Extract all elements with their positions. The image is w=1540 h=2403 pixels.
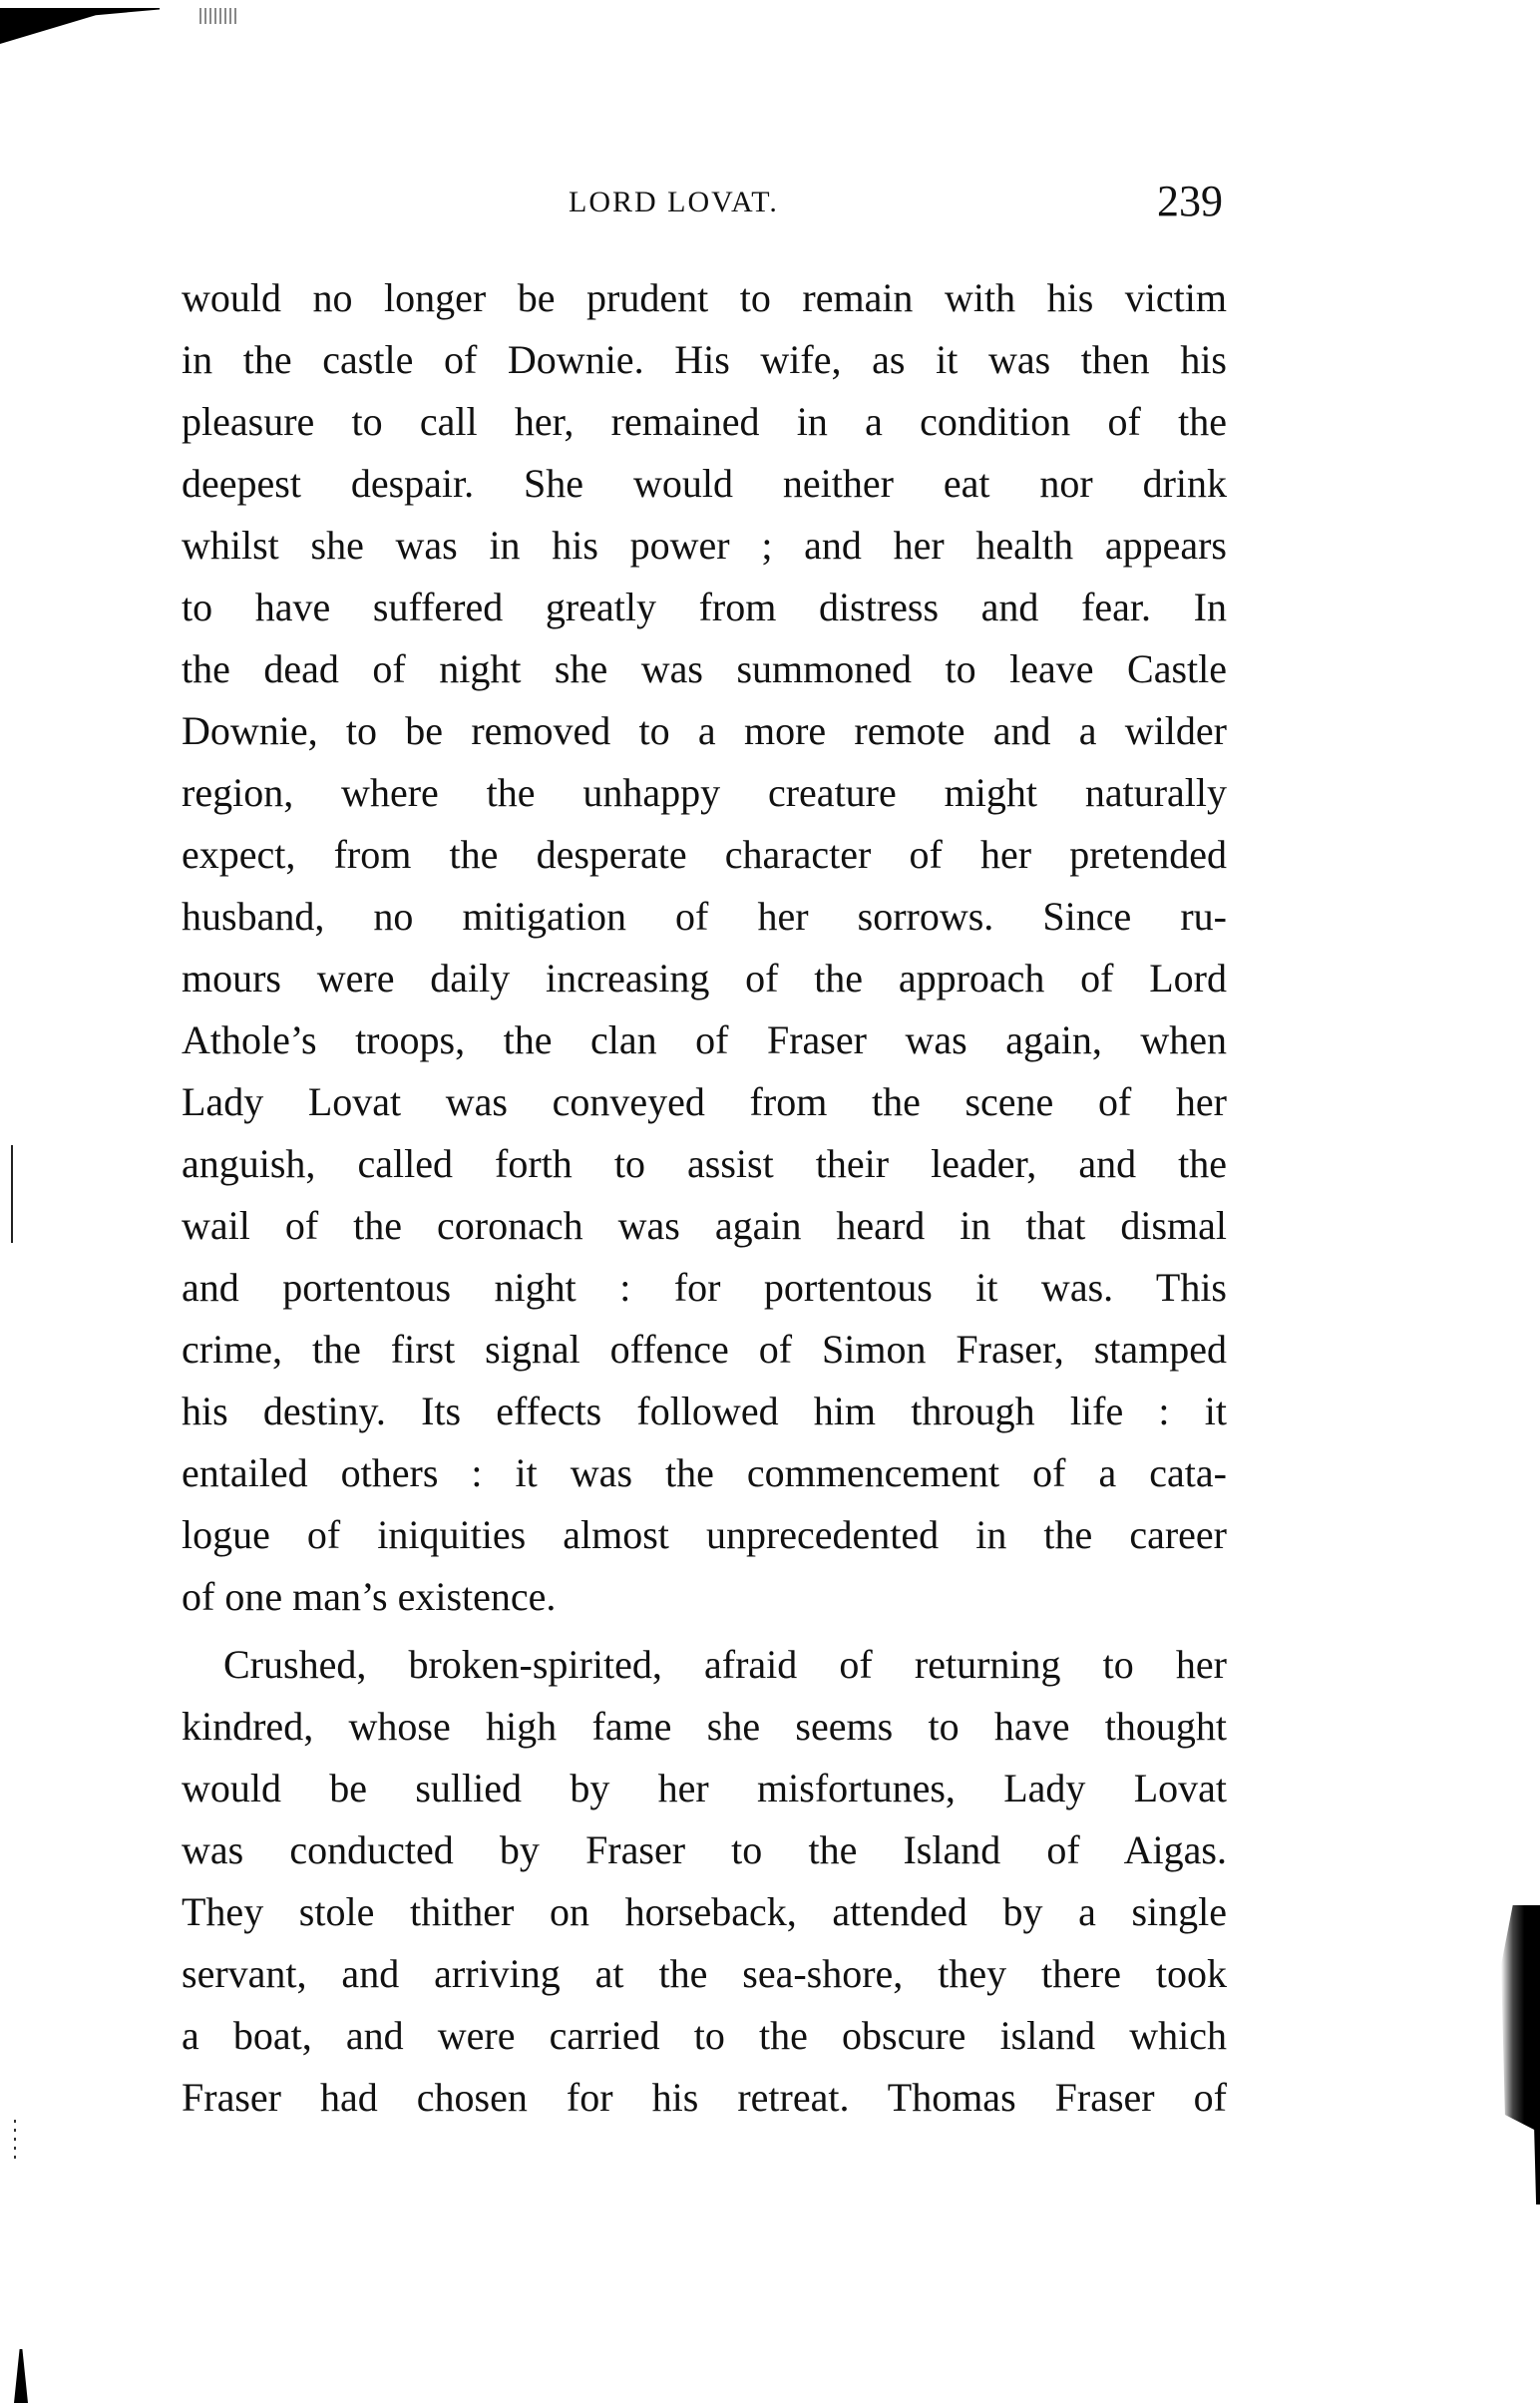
scan-margin-dots	[14, 2120, 16, 2160]
scan-corner-shadow	[0, 8, 160, 44]
text-line: crime, the first signal offence of Simon…	[182, 1319, 1227, 1381]
paragraph: Crushed, broken-spirited, afraid of retu…	[182, 1634, 1227, 2129]
text-line: pleasure to call her, remained in a cond…	[182, 391, 1227, 453]
text-line: a boat, and were carried to the obscure …	[182, 2005, 1227, 2067]
scan-speck	[199, 8, 239, 24]
text-line: servant, and arriving at the sea-shore, …	[182, 1943, 1227, 2005]
text-line: logue of iniquities almost unprecedented…	[182, 1504, 1227, 1566]
page-number: 239	[1157, 176, 1223, 226]
text-line: anguish, called forth to assist their le…	[182, 1133, 1227, 1195]
scan-margin-mark	[11, 1145, 13, 1243]
body-text: would no longer be prudent to remain wit…	[182, 267, 1227, 2129]
text-line: expect, from the desperate character of …	[182, 824, 1227, 886]
paragraph: would no longer be prudent to remain wit…	[182, 267, 1227, 1628]
text-line: mours were daily increasing of the appro…	[182, 948, 1227, 1009]
scan-bottom-mark	[14, 2349, 28, 2403]
running-title: LORD LOVAT.	[569, 186, 779, 219]
text-line: was conducted by Fraser to the Island of…	[182, 1819, 1227, 1881]
text-line: Downie, to be removed to a more remote a…	[182, 700, 1227, 762]
text-line: kindred, whose high fame she seems to ha…	[182, 1696, 1227, 1758]
text-line: to have suffered greatly from distress a…	[182, 577, 1227, 638]
text-line: in the castle of Downie. His wife, as it…	[182, 329, 1227, 391]
text-line: Fraser had chosen for his retreat. Thoma…	[182, 2067, 1227, 2129]
text-line: wail of the coronach was again heard in …	[182, 1195, 1227, 1257]
text-line: Crushed, broken-spirited, afraid of retu…	[182, 1634, 1227, 1696]
text-line: They stole thither on horseback, attende…	[182, 1881, 1227, 1943]
text-line: whilst she was in his power ; and her he…	[182, 515, 1227, 577]
text-line: the dead of night she was summoned to le…	[182, 638, 1227, 700]
text-line: entailed others : it was the commencemen…	[182, 1442, 1227, 1504]
text-line: of one man’s existence.	[182, 1566, 1227, 1628]
text-line: would be sullied by her misfortunes, Lad…	[182, 1758, 1227, 1819]
text-line: Athole’s troops, the clan of Fraser was …	[182, 1009, 1227, 1071]
text-line: region, where the unhappy creature might…	[182, 762, 1227, 824]
text-line: deepest despair. She would neither eat n…	[182, 453, 1227, 515]
scan-page-edge-shadow	[1501, 1905, 1540, 2204]
text-line: and portentous night : for portentous it…	[182, 1257, 1227, 1319]
text-line: his destiny. Its effects followed him th…	[182, 1381, 1227, 1442]
text-line: would no longer be prudent to remain wit…	[182, 267, 1227, 329]
text-line: husband, no mitigation of her sorrows. S…	[182, 886, 1227, 948]
book-page: LORD LOVAT. 239 would no longer be prude…	[0, 0, 1540, 2403]
text-line: Lady Lovat was conveyed from the scene o…	[182, 1071, 1227, 1133]
